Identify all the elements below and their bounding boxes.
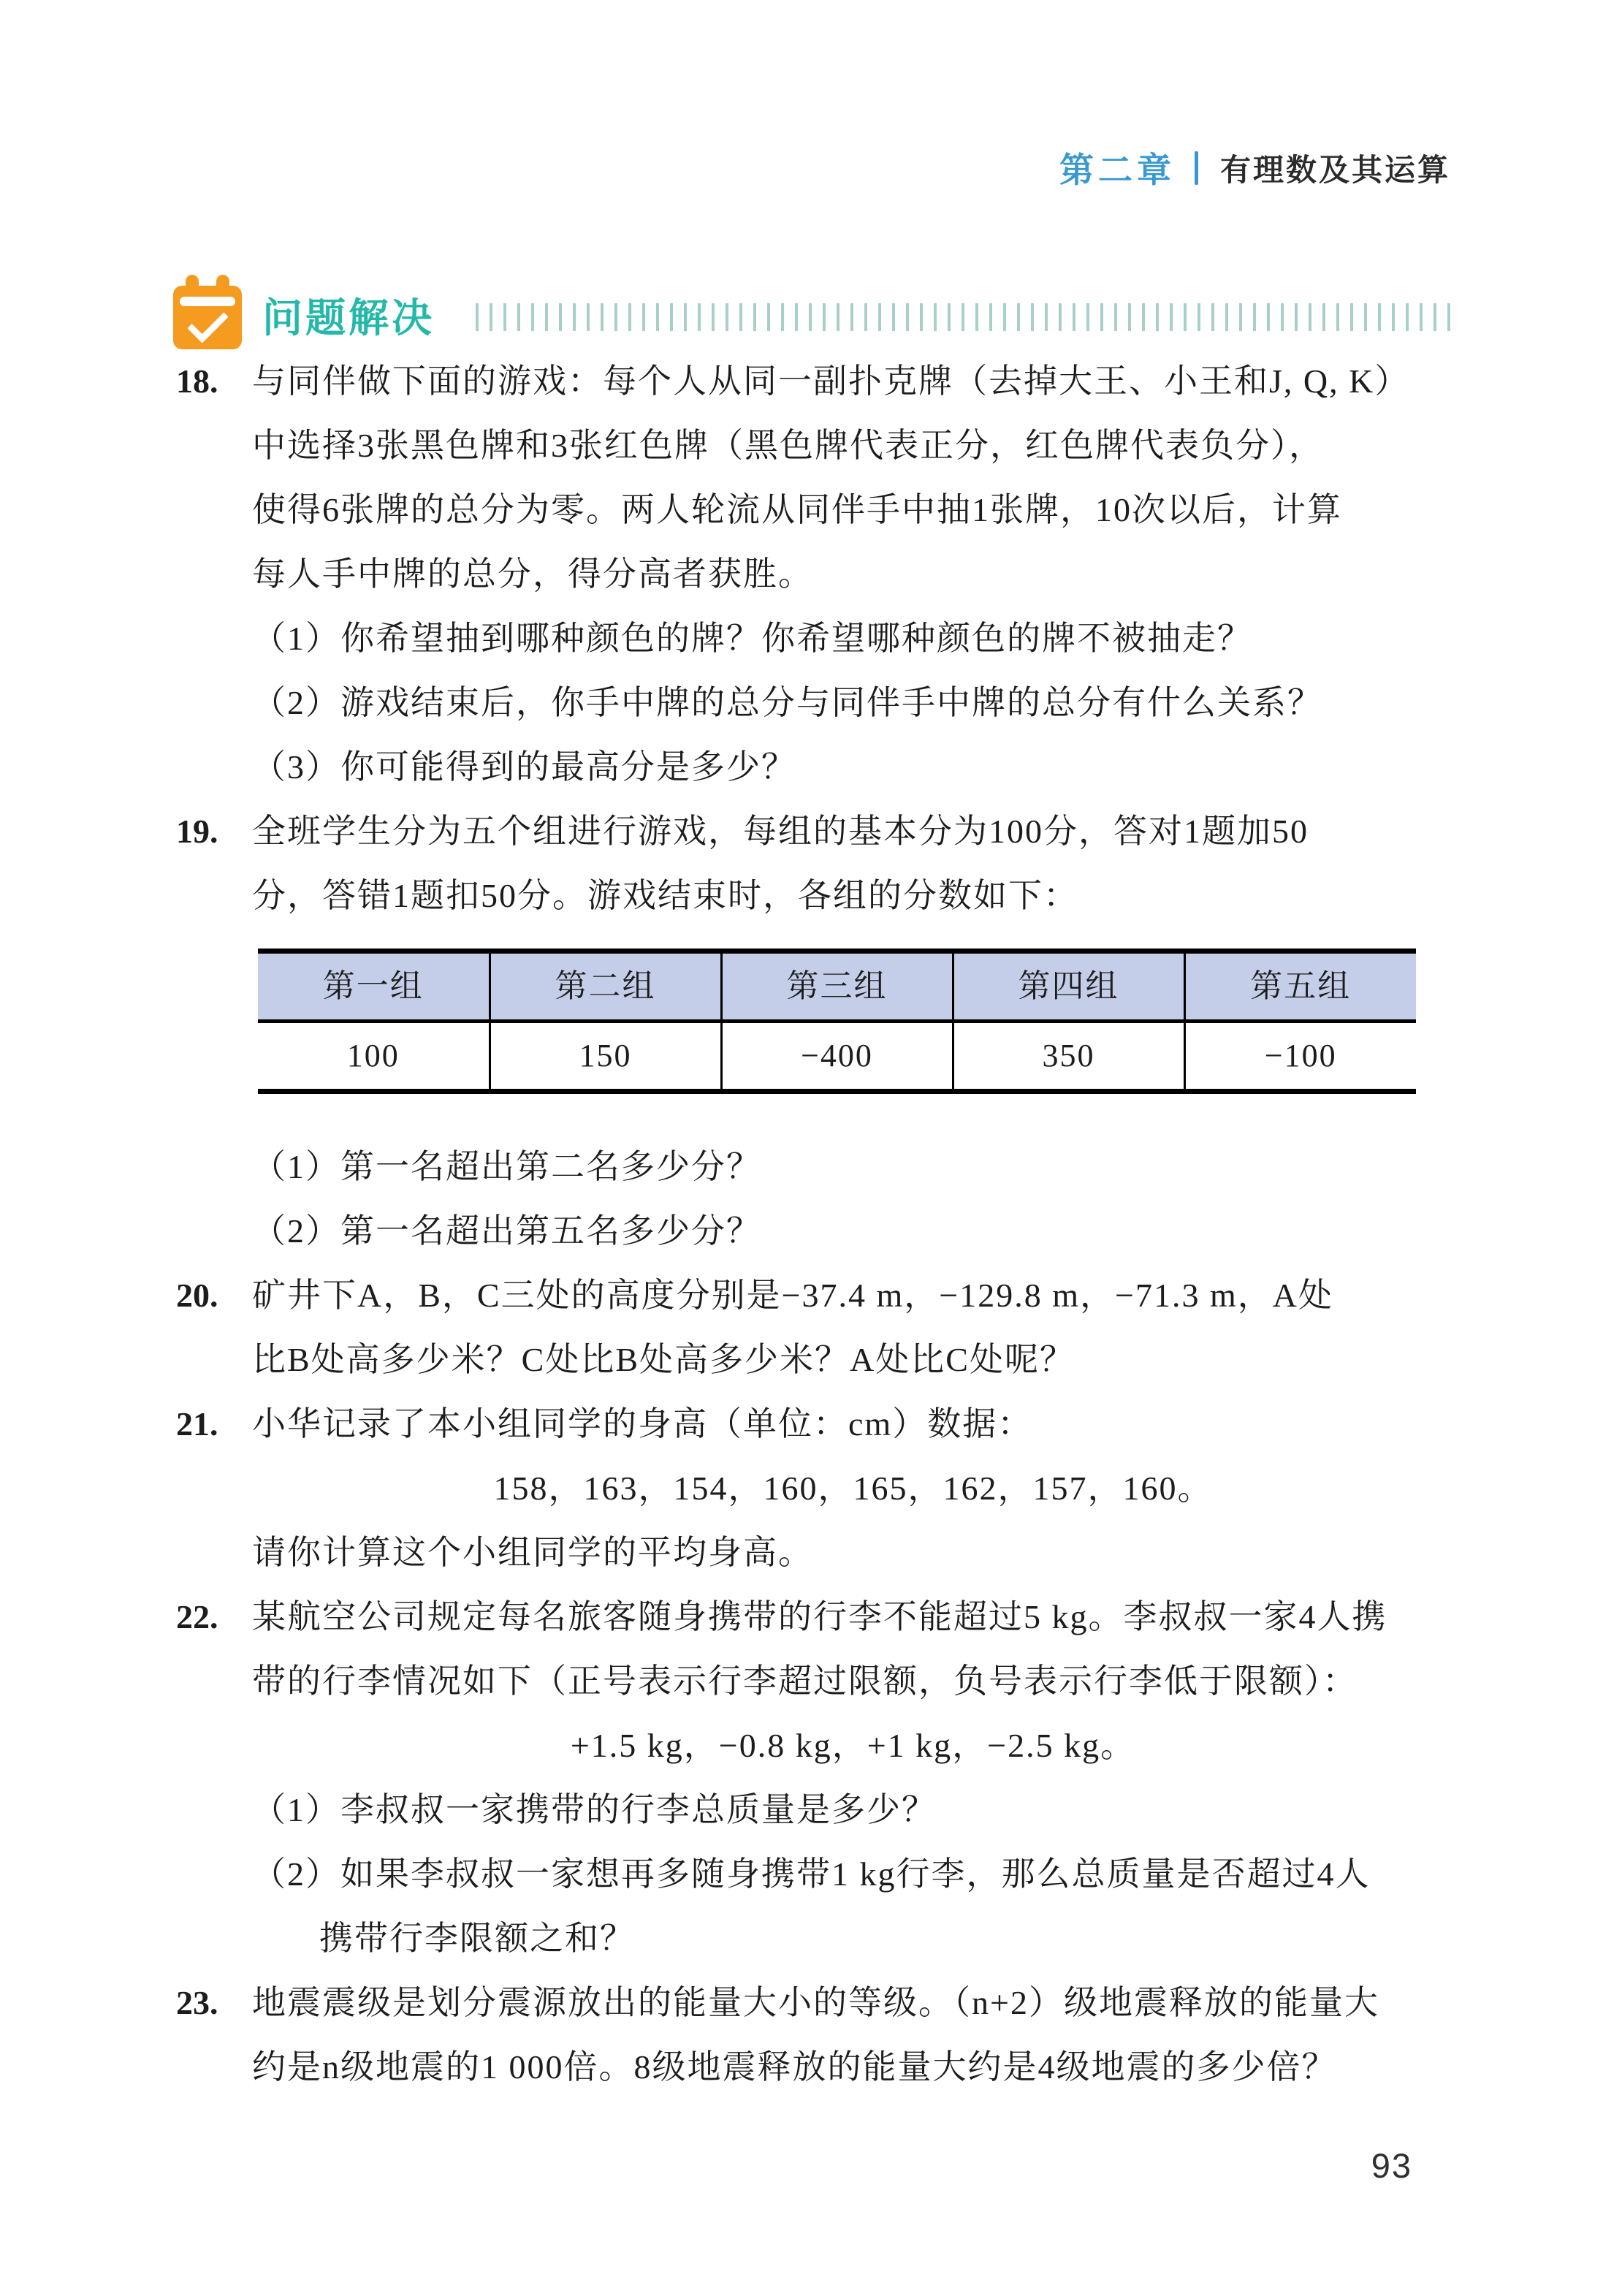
problem-18-sub-2: （2）游戏结束后，你手中牌的总分与同伴手中牌的总分有什么关系？ xyxy=(252,671,1454,735)
problem-number: 20. xyxy=(176,1263,218,1328)
problem-number: 21. xyxy=(176,1392,218,1456)
problem-number: 23. xyxy=(176,1971,218,2035)
section-header: 问题解决 xyxy=(173,275,1450,349)
scores-table-value-row: 100 150 −400 350 −100 xyxy=(258,1022,1416,1092)
problem-19-line-2: 分，答错1题扣50分。游戏结束时，各组的分数如下： xyxy=(252,864,1454,928)
page-number: 93 xyxy=(1371,2145,1412,2186)
chapter-separator xyxy=(1195,151,1198,185)
problem-20-line-2: 比B处高多少米？C处比B处高多少米？A处比C处呢？ xyxy=(252,1328,1454,1392)
problem-23-line-1: 地震震级是划分震源放出的能量大小的等级。（n+2）级地震释放的能量大 xyxy=(252,1971,1454,2035)
exercise-content: 18. 与同伴做下面的游戏：每个人从同一副扑克牌（去掉大王、小王和J, Q, K… xyxy=(252,349,1454,2099)
table-value-cell: 150 xyxy=(490,1022,721,1092)
table-value-cell: −400 xyxy=(721,1022,953,1092)
problem-18: 18. 与同伴做下面的游戏：每个人从同一副扑克牌（去掉大王、小王和J, Q, K… xyxy=(252,349,1454,799)
problem-19-sub-2: （2）第一名超出第五名多少分？ xyxy=(252,1199,1454,1263)
table-header-cell: 第二组 xyxy=(490,951,721,1022)
problem-18-line-4: 每人手中牌的总分，得分高者获胜。 xyxy=(252,542,1454,607)
problem-number: 19. xyxy=(176,799,218,864)
table-value-cell: 100 xyxy=(258,1022,490,1092)
table-header-cell: 第五组 xyxy=(1184,951,1416,1022)
problem-18-sub-1: （1）你希望抽到哪种颜色的牌？你希望哪种颜色的牌不被抽走？ xyxy=(252,607,1454,671)
textbook-page: 第二章 有理数及其运算 问题解决 18. 与同伴做下面的游戏：每个人从同一副扑克… xyxy=(0,0,1622,2296)
calendar-check-icon xyxy=(173,275,242,349)
chapter-label: 第二章 xyxy=(1059,143,1176,192)
problem-22-line-2: 带的行李情况如下（正号表示行李超过限额，负号表示行李低于限额）： xyxy=(252,1649,1454,1714)
problem-20: 20. 矿井下A，B，C三处的高度分别是−37.4 m，−129.8 m，−71… xyxy=(252,1263,1454,1392)
tick-divider-line xyxy=(476,303,1450,331)
problem-22-data-line: +1.5 kg，−0.8 kg，+1 kg，−2.5 kg。 xyxy=(252,1714,1454,1778)
problem-number: 22. xyxy=(176,1585,218,1649)
problem-21-data-line: 158，163，154，160，165，162，157，160。 xyxy=(252,1456,1454,1521)
problem-23: 23. 地震震级是划分震源放出的能量大小的等级。（n+2）级地震释放的能量大 约… xyxy=(252,1971,1454,2099)
calendar-bar xyxy=(180,297,235,306)
problem-number: 18. xyxy=(176,349,218,414)
calendar-body xyxy=(173,286,242,349)
chapter-header: 第二章 有理数及其运算 xyxy=(1059,143,1450,192)
problem-18-line-2: 中选择3张黑色牌和3张红色牌（黑色牌代表正分，红色牌代表负分）， xyxy=(252,414,1454,478)
problem-23-line-2: 约是n级地震的1 000倍。8级地震释放的能量大约是4级地震的多少倍？ xyxy=(252,2035,1454,2099)
problem-19: 19. 全班学生分为五个组进行游戏，每组的基本分为100分，答对1题加50 分，… xyxy=(252,799,1454,1263)
problem-19-line-1: 全班学生分为五个组进行游戏，每组的基本分为100分，答对1题加50 xyxy=(252,799,1454,864)
problem-22-sub-2-line-2: 携带行李限额之和？ xyxy=(252,1907,1454,1971)
problem-22-line-1: 某航空公司规定每名旅客随身携带的行李不能超过5 kg。李叔叔一家4人携 xyxy=(252,1585,1454,1649)
table-header-cell: 第一组 xyxy=(258,951,490,1022)
problem-22: 22. 某航空公司规定每名旅客随身携带的行李不能超过5 kg。李叔叔一家4人携 … xyxy=(252,1585,1454,1971)
problem-18-line-3: 使得6张牌的总分为零。两人轮流从同伴手中抽1张牌，10次以后，计算 xyxy=(252,478,1454,542)
problem-21: 21. 小华记录了本小组同学的身高（单位：cm）数据： 158，163，154，… xyxy=(252,1392,1454,1585)
scores-table: 第一组 第二组 第三组 第四组 第五组 100 150 −400 350 −10… xyxy=(258,949,1416,1094)
problem-19-sub-1: （1）第一名超出第二名多少分？ xyxy=(252,1135,1454,1199)
table-value-cell: −100 xyxy=(1184,1022,1416,1092)
chapter-title: 有理数及其运算 xyxy=(1220,146,1450,190)
table-value-cell: 350 xyxy=(953,1022,1184,1092)
scores-table-header-row: 第一组 第二组 第三组 第四组 第五组 xyxy=(258,951,1416,1022)
problem-22-sub-1: （1）李叔叔一家携带的行李总质量是多少？ xyxy=(252,1778,1454,1842)
check-mark-icon xyxy=(187,302,229,343)
table-header-cell: 第四组 xyxy=(953,951,1184,1022)
table-header-cell: 第三组 xyxy=(721,951,953,1022)
problem-21-line-3: 请你计算这个小组同学的平均身高。 xyxy=(252,1521,1454,1585)
problem-20-line-1: 矿井下A，B，C三处的高度分别是−37.4 m，−129.8 m，−71.3 m… xyxy=(252,1263,1454,1328)
problem-18-sub-3: （3）你可能得到的最高分是多少？ xyxy=(252,735,1454,799)
problem-18-line-1: 与同伴做下面的游戏：每个人从同一副扑克牌（去掉大王、小王和J, Q, K） xyxy=(252,349,1454,414)
section-title: 问题解决 xyxy=(262,286,435,343)
problem-22-sub-2-line-1: （2）如果李叔叔一家想再多随身携带1 kg行李，那么总质量是否超过4人 xyxy=(252,1842,1454,1907)
problem-21-line-1: 小华记录了本小组同学的身高（单位：cm）数据： xyxy=(252,1392,1454,1456)
